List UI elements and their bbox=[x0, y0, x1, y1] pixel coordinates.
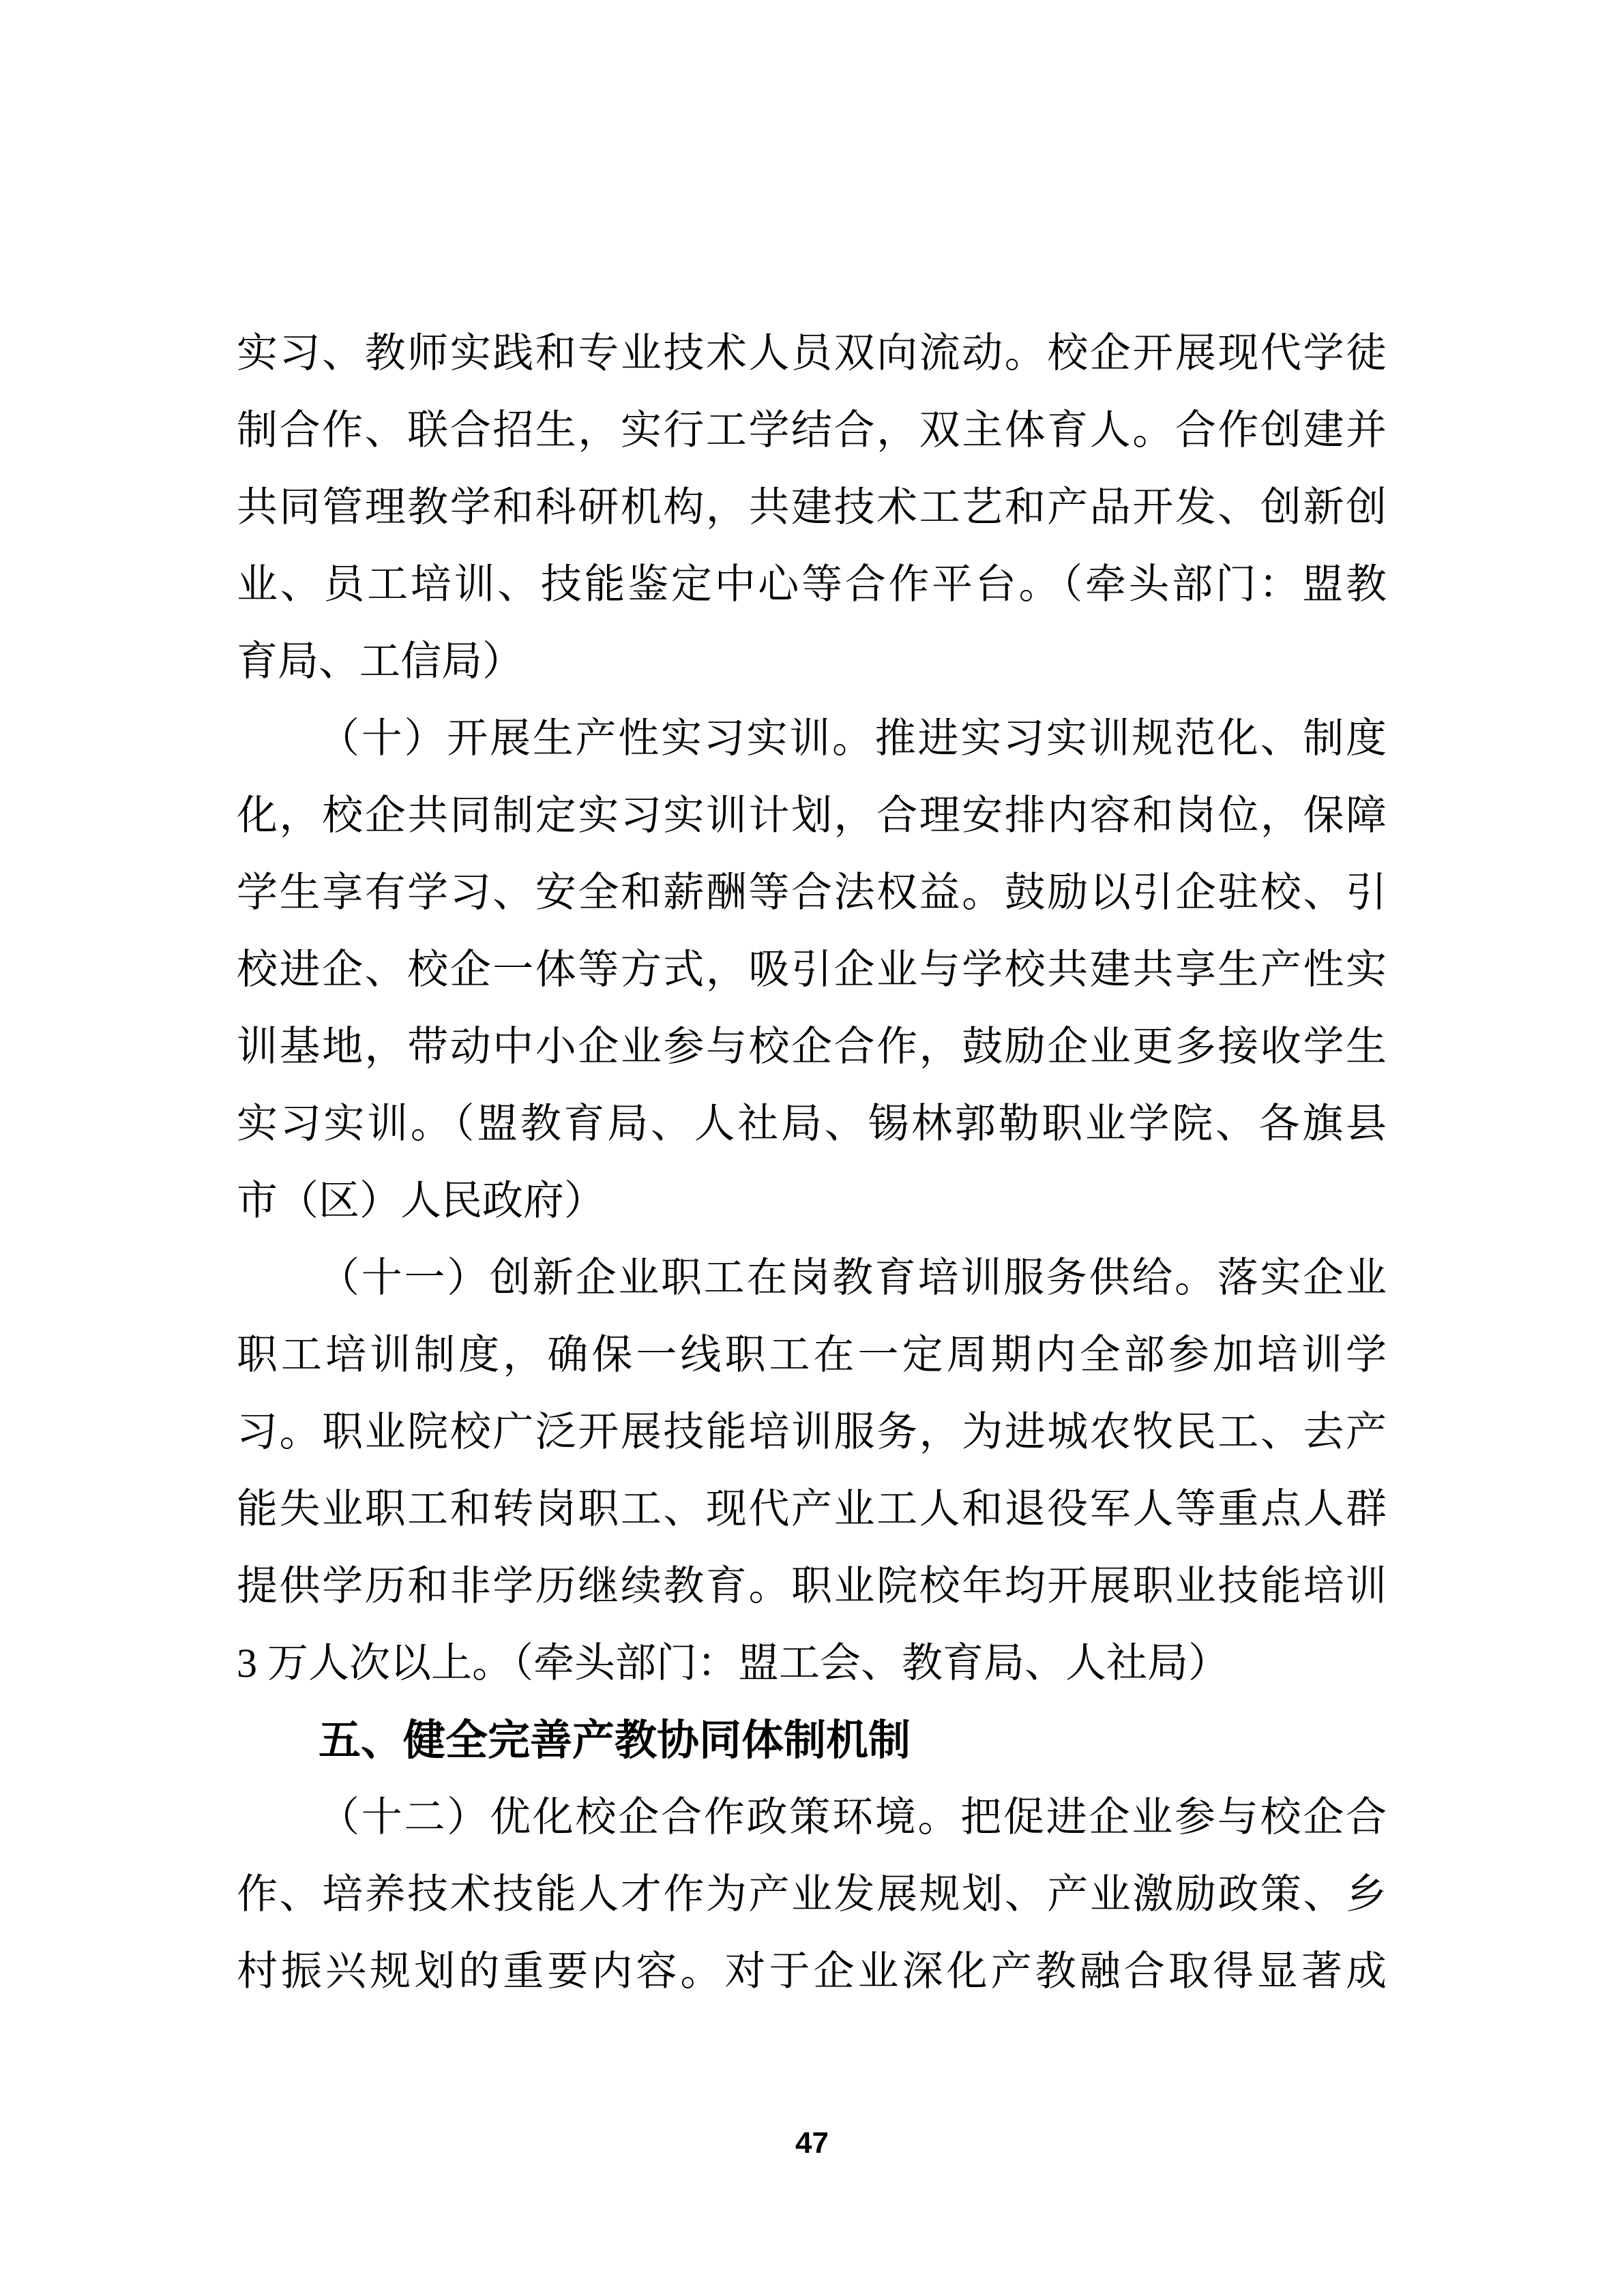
page-number: 47 bbox=[0, 2126, 1624, 2160]
text-line: 村振兴规划的重要内容。对于企业深化产教融合取得显著成 bbox=[237, 1933, 1387, 2010]
text-line: 提供学历和非学历继续教育。职业院校年均开展职业技能培训 bbox=[237, 1548, 1387, 1625]
text-line: 习。职业院校广泛开展技能培训服务，为进城农牧民工、去产 bbox=[237, 1394, 1387, 1471]
paragraph-start-line: （十）开展生产性实习实训。推进实习实训规范化、制度 bbox=[237, 700, 1387, 777]
text-line: 共同管理教学和科研机构，共建技术工艺和产品开发、创新创 bbox=[237, 469, 1387, 546]
text-line: 制合作、联合招生，实行工学结合，双主体育人。合作创建并 bbox=[237, 392, 1387, 469]
paragraph-start-line: （十二）优化校企合作政策环境。把促进企业参与校企合 bbox=[237, 1779, 1387, 1856]
text-line: 业、员工培训、技能鉴定中心等合作平台。（牵头部门：盟教 bbox=[237, 546, 1387, 623]
text-line: 训基地，带动中小企业参与校企合作，鼓励企业更多接收学生 bbox=[237, 1009, 1387, 1086]
paragraph-start-line: （十一）创新企业职工在岗教育培训服务供给。落实企业 bbox=[237, 1240, 1387, 1317]
text-line: 校进企、校企一体等方式，吸引企业与学校共建共享生产性实 bbox=[237, 931, 1387, 1009]
text-line: 3 万人次以上。（牵头部门：盟工会、教育局、人社局） bbox=[237, 1625, 1387, 1702]
text-line: 实习、教师实践和专业技术人员双向流动。校企开展现代学徒 bbox=[237, 315, 1387, 392]
document-body: 实习、教师实践和专业技术人员双向流动。校企开展现代学徒 制合作、联合招生，实行工… bbox=[237, 315, 1387, 2010]
document-page: 实习、教师实践和专业技术人员双向流动。校企开展现代学徒 制合作、联合招生，实行工… bbox=[0, 0, 1624, 2296]
text-line: 市（区）人民政府） bbox=[237, 1163, 1387, 1240]
text-line: 化，校企共同制定实习实训计划，合理安排内容和岗位，保障 bbox=[237, 777, 1387, 854]
text-line: 实习实训。（盟教育局、人社局、锡林郭勒职业学院、各旗县 bbox=[237, 1086, 1387, 1163]
text-line: 学生享有学习、安全和薪酬等合法权益。鼓励以引企驻校、引 bbox=[237, 854, 1387, 931]
text-line: 作、培养技术技能人才作为产业发展规划、产业激励政策、乡 bbox=[237, 1856, 1387, 1933]
text-line: 育局、工信局） bbox=[237, 623, 1387, 700]
text-line: 能失业职工和转岗职工、现代产业工人和退役军人等重点人群 bbox=[237, 1471, 1387, 1548]
text-line: 职工培训制度，确保一线职工在一定周期内全部参加培训学 bbox=[237, 1317, 1387, 1394]
section-heading: 五、健全完善产教协同体制机制 bbox=[237, 1702, 1387, 1779]
